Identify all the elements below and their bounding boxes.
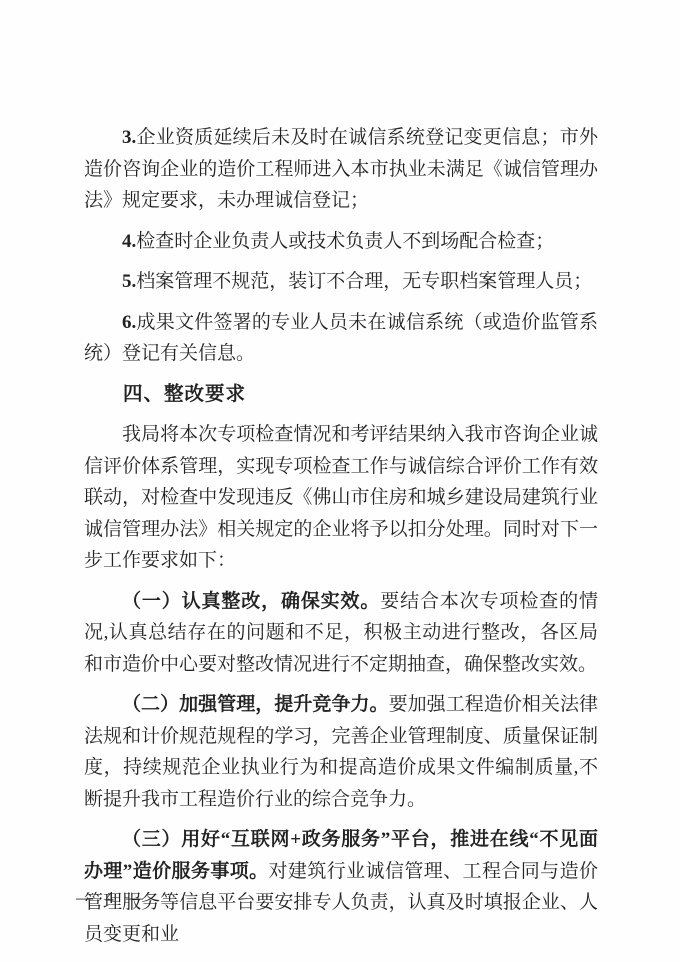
item-text: 企业资质延续后未及时在诚信系统登记变更信息；市外造价咨询企业的造价工程师进入本市… [84,127,598,211]
numbered-item-5: 5.档案管理不规范，装订不合理，无专职档案管理人员； [84,266,598,298]
numbered-item-3: 3.企业资质延续后未及时在诚信系统登记变更信息；市外造价咨询企业的造价工程师进入… [84,122,598,217]
document-body: 3.企业资质延续后未及时在诚信系统登记变更信息；市外造价咨询企业的造价工程师进入… [84,122,598,959]
item-number: 5. [122,271,136,292]
page-number: — 4 — [76,888,147,908]
requirement-paragraph-1: （一）认真整改，确保实效。要结合本次专项检查的情况,认真总结存在的问题和不足，积… [84,586,598,681]
section-intro-paragraph: 我局将本次专项检查情况和考评结果纳入我市咨询企业诚信评价体系管理，实现专项检查工… [84,419,598,577]
section-heading: 四、整改要求 [84,379,598,411]
item-number: 6. [122,312,136,333]
item-text: 成果文件签署的专业人员未在诚信系统（或造价监管系统）登记有关信息。 [84,312,598,365]
paragraph-text: 我局将本次专项检查情况和考评结果纳入我市咨询企业诚信评价体系管理，实现专项检查工… [84,424,598,571]
paragraph-lead: （二）加强管理，提升竞争力。 [122,694,389,715]
paragraph-lead: （一）认真整改，确保实效。 [122,591,380,612]
requirement-paragraph-2: （二）加强管理，提升竞争力。要加强工程造价相关法律法规和计价规范规程的学习，完善… [84,689,598,815]
requirement-paragraph-3: （三）用好“互联网+政务服务”平台，推进在线“不见面办理”造价服务事项。对建筑行… [84,824,598,950]
item-text: 检查时企业负责人或技术负责人不到场配合检查； [136,231,554,252]
numbered-item-6: 6.成果文件签署的专业人员未在诚信系统（或造价监管系统）登记有关信息。 [84,307,598,370]
numbered-item-4: 4.检查时企业负责人或技术负责人不到场配合检查； [84,226,598,258]
item-text: 档案管理不规范，装订不合理，无专职档案管理人员； [136,271,592,292]
document-page: 3.企业资质延续后未及时在诚信系统登记变更信息；市外造价咨询企业的造价工程师进入… [0,0,680,962]
item-number: 3. [122,127,136,148]
item-number: 4. [122,231,136,252]
